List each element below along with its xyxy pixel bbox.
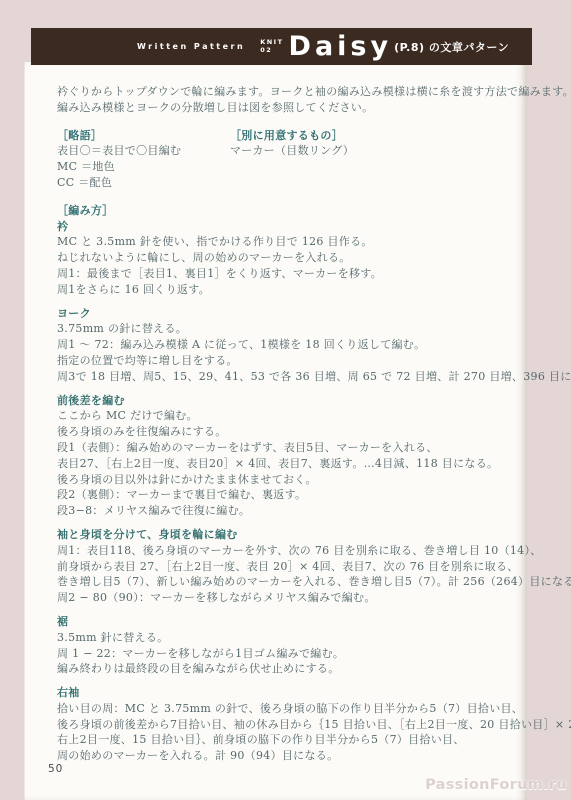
section-title: 裾: [57, 614, 513, 630]
section-line: 後ろ身頃のみを往復編みにする。: [57, 424, 513, 440]
section-title: 前後差を編む: [57, 393, 513, 409]
section-line: 段3−8：メリヤス編みで往復に編む。: [57, 503, 513, 519]
section-line: 編み終わりは最終段の目を編みながら伏せ止めにする。: [57, 661, 513, 677]
section-line: 周1 〜 72：編み込み模様 A に従って、1模様を 18 回くり返して編む。: [57, 337, 513, 353]
pattern-text: 衿ぐりからトップダウンで輪に編みます。ヨークと袖の編み込み模様は横に糸を渡す方法…: [57, 84, 513, 764]
section-title: 右袖: [57, 685, 513, 701]
section-title: ヨーク: [57, 306, 513, 322]
section-line: 前身頃から表目 27、［右上2目一度、表目 20］× 4回、表目7、次の 76 …: [57, 559, 513, 575]
material-item: マーカー（目数リング）: [230, 143, 354, 159]
pattern-section-hem: 裾 3.5mm 針に替える。 周 1 − 22：マーカーを移しながら1目ゴム編み…: [57, 614, 513, 677]
materials-heading: ［別に用意するもの］: [230, 128, 354, 144]
abbreviation-item: MC ＝地色: [57, 159, 230, 175]
section-line: 周1をさらに 16 回くり返す。: [57, 282, 513, 298]
howto-heading: ［編み方］: [57, 203, 513, 219]
watermark: PassionForum.ru: [425, 777, 567, 793]
pattern-subtitle: (P.8) の文章パターン: [394, 39, 509, 55]
intro-line: 衿ぐりからトップダウンで輪に編みます。ヨークと袖の編み込み模様は横に糸を渡す方法…: [57, 84, 513, 100]
section-line: 3.5mm 針に替える。: [57, 630, 513, 646]
section-line: 周の始めのマーカーを入れる。計 90（94）目になる。: [57, 748, 513, 764]
section-line: 段2（裏側）：マーカーまで裏目で編む、裏返す。: [57, 487, 513, 503]
intro-paragraph: 衿ぐりからトップダウンで輪に編みます。ヨークと袖の編み込み模様は横に糸を渡す方法…: [57, 84, 513, 116]
section-title: 袖と身頃を分けて、身頃を輪に編む: [57, 527, 513, 543]
pattern-section-collar: 衿 MC と 3.5mm 針を使い、指でかける作り目で 126 目作る。 ねじれ…: [57, 219, 513, 298]
book-page: 衿ぐりからトップダウンで輪に編みます。ヨークと袖の編み込み模様は横に糸を渡す方法…: [24, 62, 527, 800]
pattern-section-yoke: ヨーク 3.75mm の針に替える。 周1 〜 72：編み込み模様 A に従って…: [57, 306, 513, 385]
section-title: 衿: [57, 219, 513, 235]
page-number: 50: [48, 763, 63, 775]
section-line: 周3で 18 目増、周5、15、29、41、53 で各 36 目増、周 65 で…: [57, 369, 513, 385]
section-line: 3.75mm の針に替える。: [57, 321, 513, 337]
section-line: 巻き増し目5（7）、新しい編み始めのマーカーを入れる、巻き増し目5（7）。計 2…: [57, 574, 513, 590]
section-line: 周 1 − 22：マーカーを移しながら1目ゴム編みで編む。: [57, 646, 513, 662]
section-line: 後ろ身頃の目以外は針にかけたまま休ませておく。: [57, 472, 513, 488]
section-line: 指定の位置で均等に増し目をする。: [57, 353, 513, 369]
header-bar: Written Pattern KNIT 02 Daisy (P.8) の文章パ…: [31, 28, 532, 65]
legend-row: ［略語］ 表目〇＝表目で〇目編む MC ＝地色 CC ＝配色 ［別に用意するもの…: [57, 128, 513, 191]
section-line: ねじれないように輪にし、周の始めのマーカーを入れる。: [57, 250, 513, 266]
section-line: 後ろ身頃の前後差から7目拾い目、袖の休み目から｛15 目拾い目、［右上2目一度、…: [57, 717, 513, 733]
abbreviation-item: CC ＝配色: [57, 175, 230, 191]
pattern-section-right-sleeve: 右袖 拾い目の周：MC と 3.75mm の針で、後ろ身頃の脇下の作り目半分から…: [57, 685, 513, 764]
abbreviation-item: 表目〇＝表目で〇目編む: [57, 143, 230, 159]
series-label: Written Pattern: [137, 42, 245, 51]
section-line: 周2 − 80（90）：マーカーを移しながらメリヤス編みで編む。: [57, 590, 513, 606]
abbreviations-block: ［略語］ 表目〇＝表目で〇目編む MC ＝地色 CC ＝配色: [57, 128, 230, 191]
pattern-section-divide-body: 袖と身頃を分けて、身頃を輪に編む 周1：表目118、後ろ身頃のマーカーを外す、次…: [57, 527, 513, 606]
intro-line: 編み込み模様とヨークの分散増し目は図を参照してください。: [57, 100, 513, 116]
section-line: 段1（表側）：編み始めのマーカーをはずす、表目5目、マーカーを入れる、: [57, 440, 513, 456]
knit-issue-label: KNIT 02: [260, 39, 283, 54]
materials-block: ［別に用意するもの］ マーカー（目数リング）: [230, 128, 354, 191]
abbreviations-heading: ［略語］: [57, 128, 230, 144]
section-line: ここから MC だけで編む。: [57, 408, 513, 424]
section-line: 周1：最後まで［表目1、裏目1］をくり返す、マーカーを移す。: [57, 266, 513, 282]
issue-number: 02: [260, 47, 283, 55]
pattern-section-front-back: 前後差を編む ここから MC だけで編む。 後ろ身頃のみを往復編みにする。 段1…: [57, 393, 513, 519]
section-line: 周1：表目118、後ろ身頃のマーカーを外す、次の 76 目を別糸に取る、巻き増し…: [57, 543, 513, 559]
section-line: MC と 3.5mm 針を使い、指でかける作り目で 126 目作る。: [57, 234, 513, 250]
section-line: 表目27、［右上2目一度、表目20］× 4回、表目7、裏返す。…4目減、118 …: [57, 456, 513, 472]
pattern-title: Daisy: [289, 33, 393, 60]
howto-block: ［編み方］ 衿 MC と 3.5mm 針を使い、指でかける作り目で 126 目作…: [57, 203, 513, 764]
section-line: 拾い目の周：MC と 3.75mm の針で、後ろ身頃の脇下の作り目半分から5（7…: [57, 701, 513, 717]
section-line: 右上2目一度、15 目拾い目｝、前身頃の脇下の作り目半分から5（7）目拾い目、: [57, 732, 513, 748]
